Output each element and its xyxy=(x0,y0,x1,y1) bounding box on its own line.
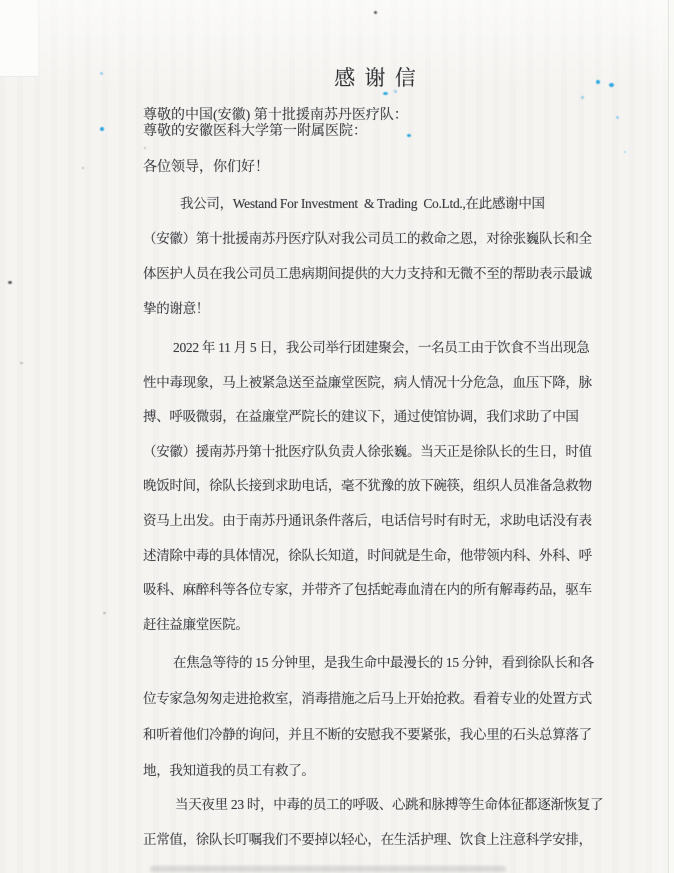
scan-speck xyxy=(609,83,614,87)
letter-title: 感 谢 信 xyxy=(143,62,607,92)
scan-speck xyxy=(8,281,12,284)
scan-speck xyxy=(20,362,23,364)
scan-speck xyxy=(407,134,411,137)
scan-speck xyxy=(100,127,104,131)
body-paragraph-1: 我公司，Westand For Investment & Trading Co.… xyxy=(143,186,629,326)
partial-next-line-artifact xyxy=(150,866,506,872)
scan-speck xyxy=(100,72,103,75)
salutation-line-1: 尊敬的中国(安徽) 第十批援南苏丹医疗队： xyxy=(143,107,408,124)
page-right-edge xyxy=(668,0,674,873)
body-paragraph-2: 2022 年 11 月 5 日，我公司举行团建聚会，一名员工由于饮食不当出现急 … xyxy=(143,331,629,642)
scan-speck xyxy=(596,80,600,84)
scan-corner-artifact xyxy=(0,0,39,77)
salutation-line-2: 尊敬的安徽医科大学第一附属医院： xyxy=(143,123,367,140)
scan-speck xyxy=(144,147,146,149)
scan-speck xyxy=(624,151,626,153)
scan-speck xyxy=(374,11,377,14)
scanned-letter-page: 感 谢 信 尊敬的中国(安徽) 第十批援南苏丹医疗队： 尊敬的安徽医科大学第一附… xyxy=(0,0,674,873)
body-paragraph-3: 在焦急等待的 15 分钟里，是我生命中最漫长的 15 分钟，看到徐队长和各 位专… xyxy=(143,645,629,789)
scan-speck xyxy=(103,612,106,614)
scan-speck xyxy=(581,96,584,99)
scan-speck xyxy=(383,92,388,95)
greeting-line: 各位领导，你们好！ xyxy=(143,159,269,176)
scan-speck xyxy=(82,167,84,169)
scan-speck xyxy=(394,90,397,93)
scan-speck xyxy=(616,116,619,119)
body-paragraph-4: 当天夜里 23 时，中毒的员工的呼吸、心跳和脉搏等生命体征都逐渐恢复了 正常值，… xyxy=(143,787,629,857)
